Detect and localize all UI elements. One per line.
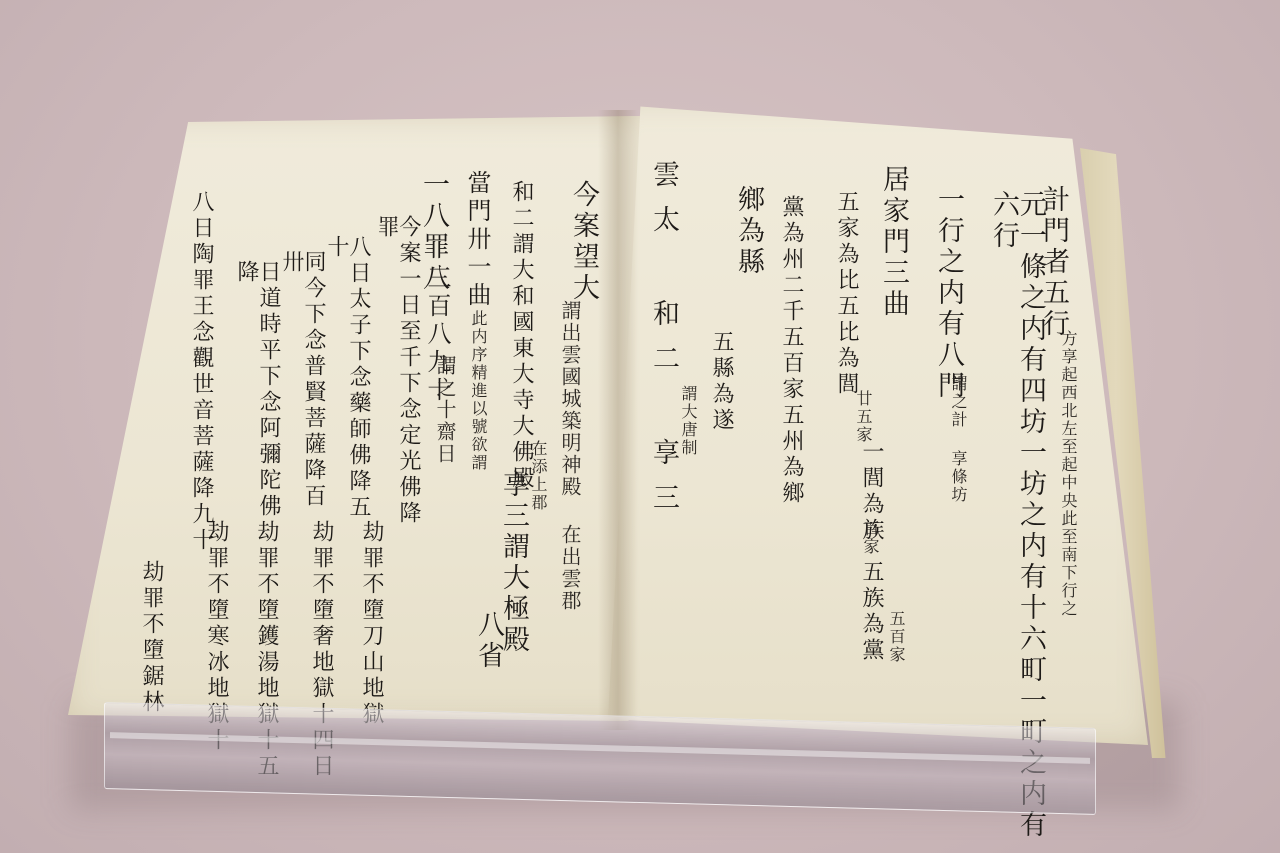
- left-col-3b: 享三謂大極殿: [500, 470, 527, 656]
- left-col-1-annot: 謂出雲國城築明神殿 在出雲郡: [560, 300, 580, 680]
- right-col-11: 謂大唐制: [680, 385, 696, 457]
- left-col-6: 八日太子下念藥師佛降五十: [325, 235, 369, 535]
- right-col-4: 居家門三曲: [880, 165, 907, 320]
- left-col-7: 同今下念普賢菩薩降百卅: [280, 250, 324, 530]
- right-col-5-annot: 廿五家: [855, 390, 871, 444]
- right-col-8: 黨為州二千五百家五州為鄉: [780, 195, 802, 715]
- right-col-12-era: 雲太 和二 享三: [650, 160, 677, 528]
- left-col-9: 八日陶罪王念觀世音菩薩降九十: [190, 190, 212, 570]
- right-col-7: 五族為黨: [860, 560, 882, 664]
- right-col-3-annot: 謂之計 享條坊: [950, 375, 966, 504]
- right-col-1-annot: 方享起西北左至起中央此至南下行之: [1060, 330, 1076, 690]
- left-col-3b-annot: 八省: [475, 610, 502, 672]
- left-col-1: 今案望大: [570, 180, 597, 304]
- left-col-5b: 劫罪不墮刀山地獄: [360, 520, 382, 728]
- left-col-2-annot: 在添上郡: [530, 440, 546, 512]
- right-col-3: 一行之内有八門: [935, 185, 962, 402]
- left-col-3-annot: 此内序精進以號欲謂: [470, 310, 486, 472]
- left-col-8: 日道時平下念阿彌陀佛降: [235, 260, 279, 540]
- right-col-9: 鄉為縣: [735, 185, 762, 278]
- left-col-5: 今案一日至千下念定光佛降罪: [375, 215, 419, 535]
- book-gutter: [598, 110, 638, 730]
- right-col-5: 五家為比五比為閭: [835, 190, 857, 398]
- left-col-3: 當門卅一曲: [465, 170, 489, 310]
- left-col-4-annot: 謂之十齋日: [435, 355, 455, 465]
- photo-scene: 計門者五行 方享起西北左至起中央此至南下行之 元一條之内有四坊一坊之内有十六町一…: [0, 0, 1280, 853]
- right-col-10: 五縣為遂: [710, 330, 732, 434]
- left-col-9b: 劫罪不墮鋸林: [140, 560, 162, 716]
- right-col-7-annot: 五百家: [888, 610, 904, 664]
- right-col-6-annot: 百家: [862, 520, 878, 556]
